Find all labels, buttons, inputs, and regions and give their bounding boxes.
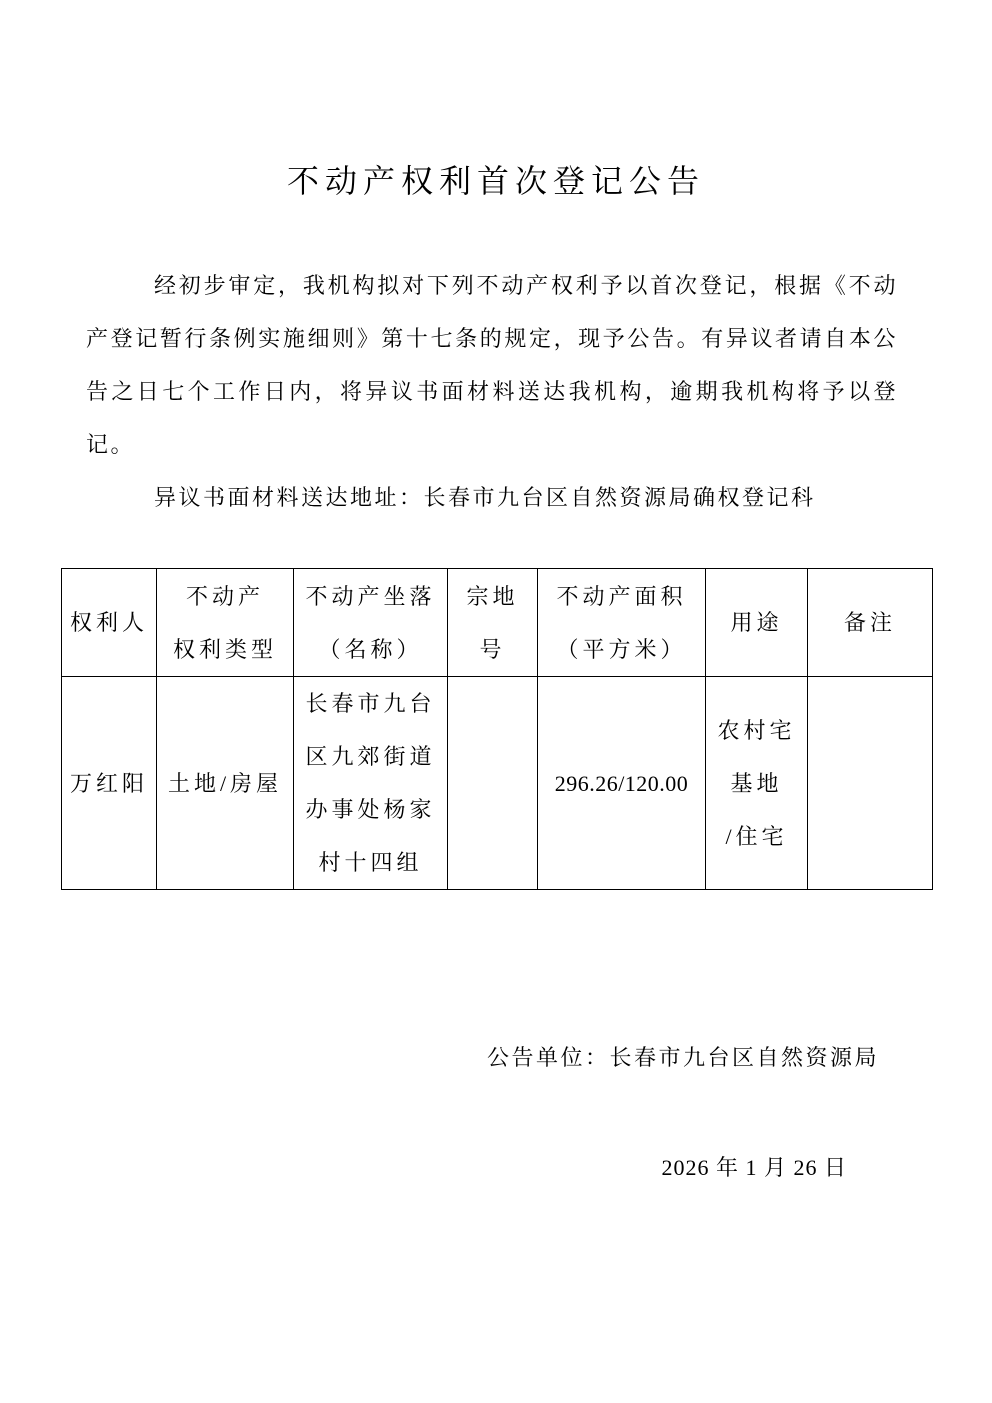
header-line: 用途 xyxy=(706,596,807,649)
cell-line: 296.26/120.00 xyxy=(538,757,705,810)
header-line: （平方米） xyxy=(538,623,705,676)
cell-line: 农村宅 xyxy=(706,704,807,757)
body-text: 经初步审定，我机构拟对下列不动产权利予以首次登记，根据《不动产登记暂行条例实施细… xyxy=(86,259,898,524)
cell-right-type: 土地/房屋 xyxy=(157,677,294,890)
header-line: 备注 xyxy=(808,596,932,649)
header-line: 号 xyxy=(448,623,537,676)
cell-use: 农村宅 基地 /住宅 xyxy=(706,677,808,890)
issuer-line: 公告单位：长春市九台区自然资源局 xyxy=(0,1041,992,1072)
col-header-area: 不动产面积 （平方米） xyxy=(538,569,706,677)
cell-owner: 万红阳 xyxy=(62,677,157,890)
col-header-location: 不动产坐落 （名称） xyxy=(294,569,448,677)
objection-address-line: 异议书面材料送达地址：长春市九台区自然资源局确权登记科 xyxy=(86,471,898,524)
cell-line: 长春市九台 xyxy=(294,677,447,730)
col-header-owner: 权利人 xyxy=(62,569,157,677)
col-header-parcel-no: 宗地 号 xyxy=(448,569,538,677)
document-title: 不动产权利首次登记公告 xyxy=(0,156,992,202)
header-line: 不动产 xyxy=(157,570,293,623)
cell-line: /住宅 xyxy=(706,810,807,863)
header-line: 权利类型 xyxy=(157,623,293,676)
cell-parcel-no xyxy=(448,677,538,890)
cell-line: 基地 xyxy=(706,757,807,810)
table-body: 万红阳 土地/房屋 长春市九台 区九郊街道 办事处杨家 村十四组 296.26/… xyxy=(62,677,933,890)
cell-line: 土地/房屋 xyxy=(157,757,293,810)
document-page: 不动产权利首次登记公告 经初步审定，我机构拟对下列不动产权利予以首次登记，根据《… xyxy=(0,0,992,1403)
header-line: 权利人 xyxy=(62,596,156,649)
registration-table: 权利人 不动产 权利类型 不动产坐落 （名称） 宗地 号 不动产面积 （平方米） xyxy=(61,568,933,890)
cell-line: 区九郊街道 xyxy=(294,730,447,783)
col-header-right-type: 不动产 权利类型 xyxy=(157,569,294,677)
cell-line: 万红阳 xyxy=(62,757,156,810)
header-line: 不动产面积 xyxy=(538,570,705,623)
header-line: 不动产坐落 xyxy=(294,570,447,623)
header-row: 权利人 不动产 权利类型 不动产坐落 （名称） 宗地 号 不动产面积 （平方米） xyxy=(62,569,933,677)
cell-line: 办事处杨家 xyxy=(294,783,447,836)
cell-line: 村十四组 xyxy=(294,836,447,889)
header-line: 宗地 xyxy=(448,570,537,623)
col-header-use: 用途 xyxy=(706,569,808,677)
col-header-remark: 备注 xyxy=(808,569,933,677)
cell-area: 296.26/120.00 xyxy=(538,677,706,890)
table-row: 万红阳 土地/房屋 长春市九台 区九郊街道 办事处杨家 村十四组 296.26/… xyxy=(62,677,933,890)
date-line: 2026 年 1 月 26 日 xyxy=(0,1151,992,1182)
cell-remark xyxy=(808,677,933,890)
intro-paragraph: 经初步审定，我机构拟对下列不动产权利予以首次登记，根据《不动产登记暂行条例实施细… xyxy=(86,259,898,471)
table-header: 权利人 不动产 权利类型 不动产坐落 （名称） 宗地 号 不动产面积 （平方米） xyxy=(62,569,933,677)
header-line: （名称） xyxy=(294,623,447,676)
cell-location: 长春市九台 区九郊街道 办事处杨家 村十四组 xyxy=(294,677,448,890)
